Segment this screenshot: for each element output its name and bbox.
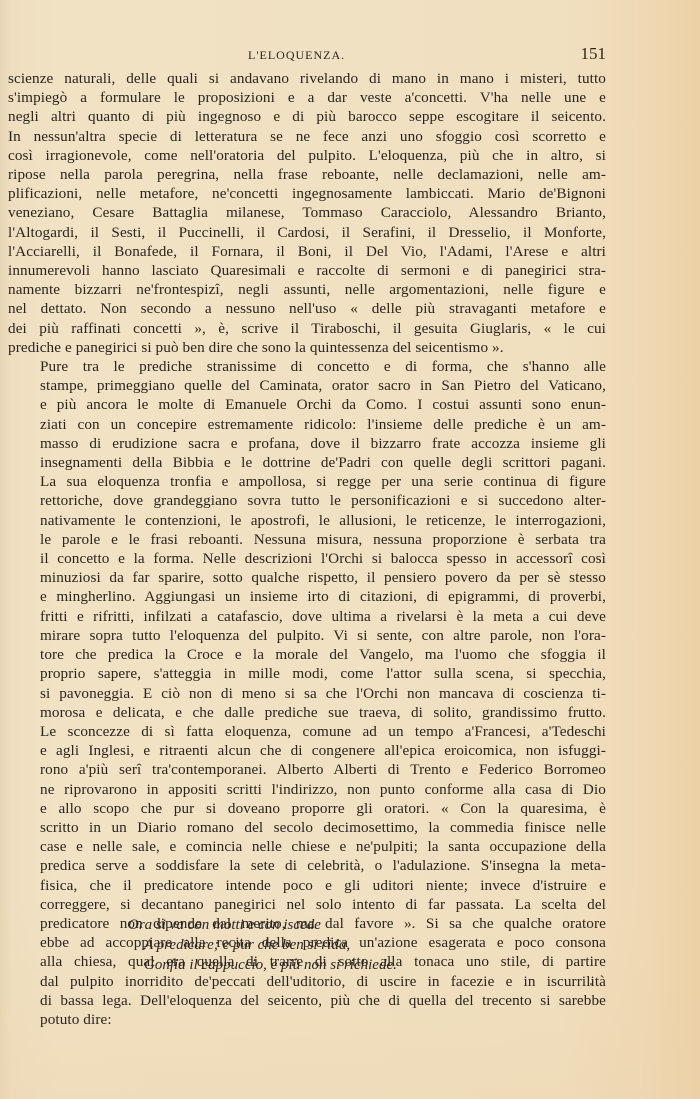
text-line: Pure tra le prediche stranissime di conc… <box>8 357 606 376</box>
text-line: l'Altogardi, il Sesti, il Puccinelli, il… <box>8 223 606 242</box>
text-line: scritto in un Diario romano del secolo d… <box>8 818 606 837</box>
text-line: di bassa lega. Dell'eloquenza del seicen… <box>8 991 606 1010</box>
text-line: così irragionevole, come nell'oratoria d… <box>8 146 606 165</box>
text-line: prediche e panegirici si può ben dire ch… <box>8 338 606 357</box>
text-line: namente bizzarri ne'frontespizî, negli a… <box>8 280 606 299</box>
text-line: insegnamenti della Bibbia e le dottrine … <box>8 453 606 472</box>
text-line: morosa e delicata, e che dalle prediche … <box>8 703 606 722</box>
text-line: il concetto e la forma. Nelle descrizion… <box>8 549 606 568</box>
running-title: L'ELOQUENZA. <box>248 48 345 63</box>
text-line: nel dettato. Non secondo a nessuno nell'… <box>8 299 606 318</box>
text-line: scienze naturali, delle quali si andavan… <box>8 69 606 88</box>
text-line: fritti e rifritti, infilzati a catafasci… <box>8 607 606 626</box>
text-line: negli altri quanto di più ingegnoso e di… <box>8 107 606 126</box>
text-line: rettoriche, dove grandeggiano sovra tutt… <box>8 491 606 510</box>
body-text: scienze naturali, delle quali si andavan… <box>8 69 606 1029</box>
text-line: potuto dire: <box>8 1010 606 1029</box>
text-line: mirare sopra tutto l'eloquenza del pulpi… <box>8 626 606 645</box>
text-line: e agli Inglesi, e ritraenti alcun che di… <box>8 741 606 760</box>
text-line: veneziano, Cesare Battaglia milanese, To… <box>8 203 606 222</box>
text-line: masso di erudizione sacra e profana, dov… <box>8 434 606 453</box>
text-line: case e nelle sale, e comincia nelle chie… <box>8 837 606 856</box>
verse-line-1: Ora si va con motti e con iscede <box>128 915 397 935</box>
text-line: predica serve a soddisfare la sete di ce… <box>8 856 606 875</box>
text-line: In nessun'altra specie di letteratura se… <box>8 127 606 146</box>
text-line: l'Acciarelli, il Bonafede, il Fornara, i… <box>8 242 606 261</box>
text-line: correggere, si decantano panegirici nel … <box>8 895 606 914</box>
text-line: minuziosi da far sparire, sotto qualche … <box>8 568 606 587</box>
paper-speck <box>590 983 592 985</box>
page-number: 151 <box>581 44 607 64</box>
paragraph-1: scienze naturali, delle quali si andavan… <box>8 69 606 357</box>
text-line: La sua eloquenza tronfia e ampollosa, si… <box>8 472 606 491</box>
text-line: ripose nella parola peregrina, nella fra… <box>8 165 606 184</box>
text-line: ne riprovarono in appositi scritti l'ind… <box>8 780 606 799</box>
text-line: le parole e le frasi reboanti. Nessuna m… <box>8 530 606 549</box>
text-line: e mingherlino. Aggiungasi un insieme irt… <box>8 587 606 606</box>
text-line: plificazioni, nelle metafore, ne'concett… <box>8 184 606 203</box>
verse-line-3: Gonfia il cappuccio, e più non si richie… <box>128 955 397 975</box>
text-line: dei più raffinati concetti », è, scrive … <box>8 319 606 338</box>
text-line: s'impiegò a formulare le proposizioni e … <box>8 88 606 107</box>
text-line: Le sconcezze di sì fatta eloquenza, comu… <box>8 722 606 741</box>
running-head: L'ELOQUENZA. 151 <box>8 44 606 66</box>
verse-line-2: A predicare; e pur che ben si rida, <box>128 935 397 955</box>
text-line: e più ancora le molte di Emanuele Orchi … <box>8 395 606 414</box>
text-line: ziati con un concepire estremamente ridi… <box>8 415 606 434</box>
text-line: e allo scopo che pur si doveano proporre… <box>8 799 606 818</box>
verse-quotation: Ora si va con motti e con iscede A predi… <box>128 915 397 975</box>
text-line: rono a'più serî tra'contemporanei. Alber… <box>8 760 606 779</box>
text-line: fisica, che il predicatore intende poco … <box>8 876 606 895</box>
text-line: tore che predica la Croce e la morale de… <box>8 645 606 664</box>
text-line: stampe, primeggiano quelle del Caminata,… <box>8 376 606 395</box>
text-line: innumerevoli hanno lasciato Quaresimali … <box>8 261 606 280</box>
book-page: L'ELOQUENZA. 151 scienze naturali, delle… <box>0 0 700 1099</box>
text-line: si pavoneggia. E ciò non di meno si sa c… <box>8 684 606 703</box>
text-line: nativamente le contenzioni, le apostrofi… <box>8 511 606 530</box>
text-line: proprio sapere, s'atteggia in mille modi… <box>8 664 606 683</box>
